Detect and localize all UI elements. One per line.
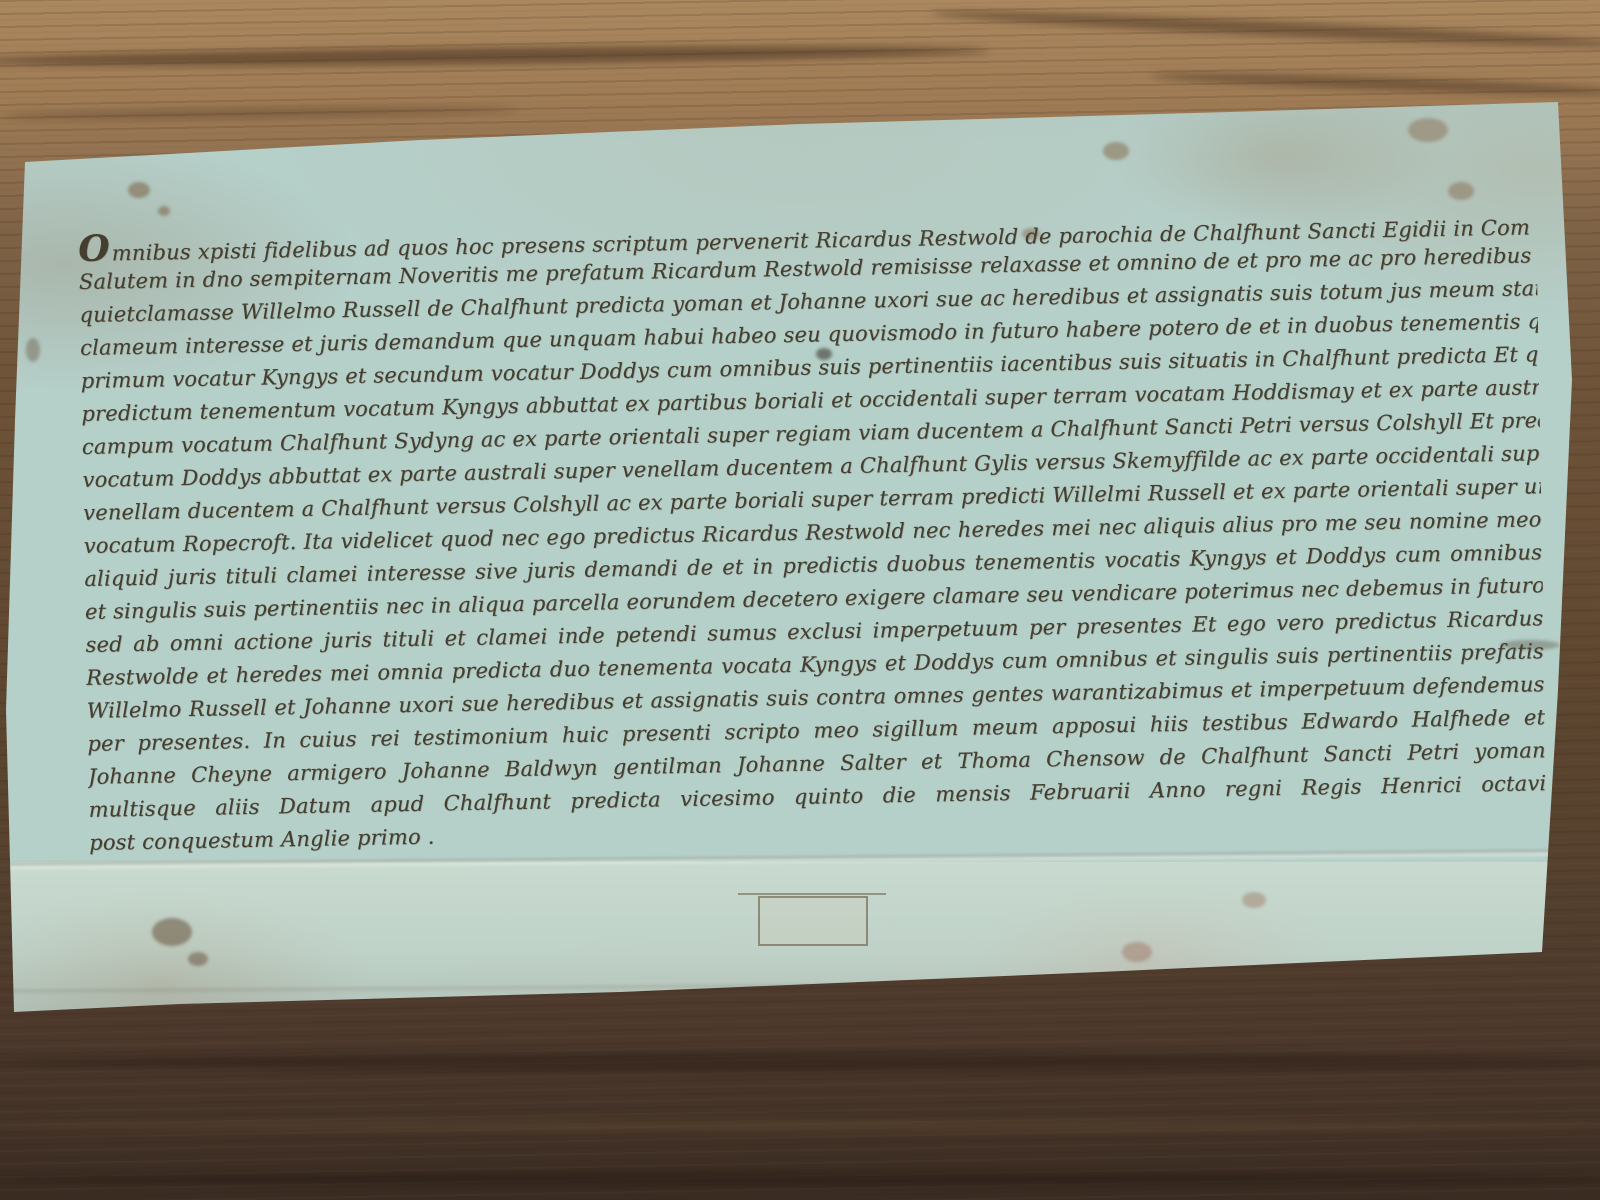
stain-spot (158, 206, 170, 216)
stain-spot (1408, 118, 1448, 142)
stain-spot (1242, 892, 1266, 908)
stain-spot (26, 338, 40, 362)
photograph-scene: Omnibus xpisti fidelibus ad quos hoc pre… (0, 0, 1600, 1200)
manuscript-text-block: Omnibus xpisti fidelibus ad quos hoc pre… (78, 206, 1547, 860)
stain-spot (1448, 182, 1474, 200)
seal-tag-slit-line (738, 893, 886, 895)
wood-grain-streak (0, 1052, 1600, 1072)
wood-grain-streak (0, 1172, 1600, 1186)
wood-grain-streak (0, 1120, 1600, 1132)
seal-tag-slit (758, 896, 868, 946)
stain-spot (152, 918, 192, 946)
stain-spot (188, 952, 208, 966)
stain-spot (1103, 142, 1129, 160)
stain-spot (128, 182, 150, 198)
stain-spot (1122, 942, 1152, 962)
